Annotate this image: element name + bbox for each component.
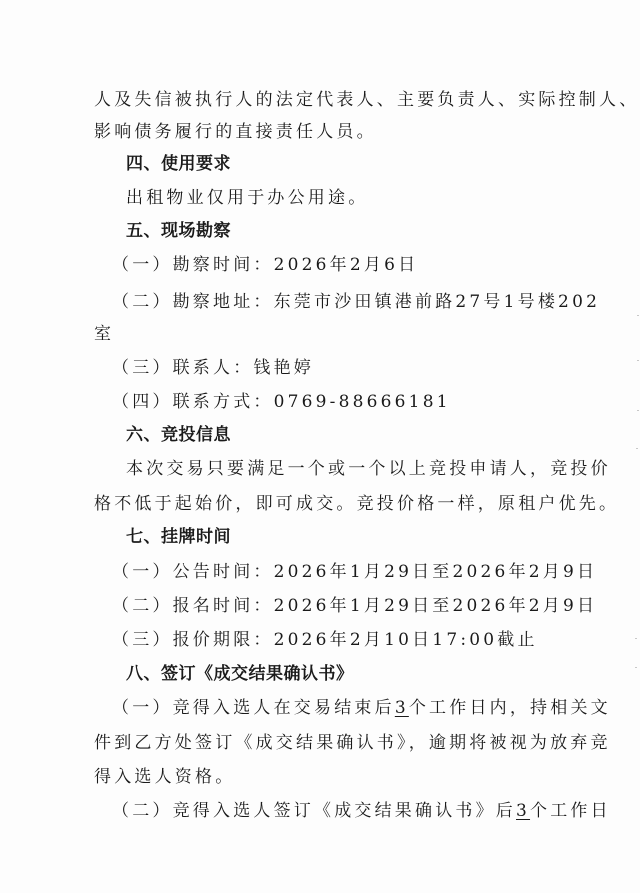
scan-artifact	[636, 448, 638, 449]
contact-phone: （四）联系方式：0769-88666181	[112, 391, 451, 413]
body-text-line: 出租物业仅用于办公用途。	[126, 187, 368, 209]
body-text-line: 影响债务履行的直接责任人员。	[94, 121, 377, 143]
registration-period: （二）报名时间：2026年1月29日至2026年2月9日	[112, 595, 597, 617]
quotation-deadline: （三）报价期限：2026年2月10日17:00截止	[112, 629, 538, 651]
underlined-days-count: 3	[516, 801, 530, 821]
text-segment: （二）竞得入选人签订《成交结果确认书》后	[112, 801, 516, 821]
text-segment: 个工作日内，持相关文	[409, 698, 611, 718]
contact-person: （三）联系人：钱艳婷	[112, 357, 314, 379]
body-text-line: 件到乙方处签订《成交结果确认书》，逾期将被视为放弃竞	[94, 732, 611, 754]
body-text-line: 格不低于起始价，即可成交。竞投价格一样，原租户优先。	[94, 493, 619, 515]
inspection-address-continued: 室	[94, 323, 114, 345]
scan-artifact	[637, 315, 639, 316]
announcement-period: （一）公告时间：2026年1月29日至2026年2月9日	[112, 561, 597, 583]
body-text-line: （一）竞得入选人在交易结束后3个工作日内，持相关文	[112, 697, 611, 719]
inspection-time: （一）勘察时间：2026年2月6日	[112, 254, 418, 276]
scan-artifact	[637, 360, 639, 361]
inspection-address: （二）勘察地址：东莞市沙田镇港前路27号1号楼202	[112, 291, 600, 313]
document-page: 人及失信被执行人的法定代表人、主要负责人、实际控制人、 影响债务履行的直接责任人…	[0, 0, 640, 893]
body-text-line: 得入选人资格。	[94, 766, 235, 788]
section-heading-usage-requirements: 四、使用要求	[126, 153, 231, 175]
section-heading-bidding-info: 六、竞投信息	[126, 424, 231, 446]
scan-artifact	[635, 638, 637, 639]
scan-artifact	[637, 410, 639, 411]
section-heading-listing-time: 七、挂牌时间	[126, 526, 231, 548]
section-heading-site-inspection: 五、现场勘察	[126, 220, 231, 242]
scan-artifact	[635, 667, 637, 668]
underlined-days-count: 3	[395, 698, 409, 718]
section-heading-sign-confirmation: 八、签订《成交结果确认书》	[126, 663, 354, 685]
body-text-line: （二）竞得入选人签订《成交结果确认书》后3个工作日	[112, 800, 611, 822]
text-segment: 个工作日	[530, 801, 611, 821]
body-text-line: 本次交易只要满足一个或一个以上竞投申请人，竞投价	[126, 458, 611, 480]
body-text-line: 人及失信被执行人的法定代表人、主要负责人、实际控制人、	[94, 89, 639, 111]
text-segment: （一）竞得入选人在交易结束后	[112, 698, 395, 718]
